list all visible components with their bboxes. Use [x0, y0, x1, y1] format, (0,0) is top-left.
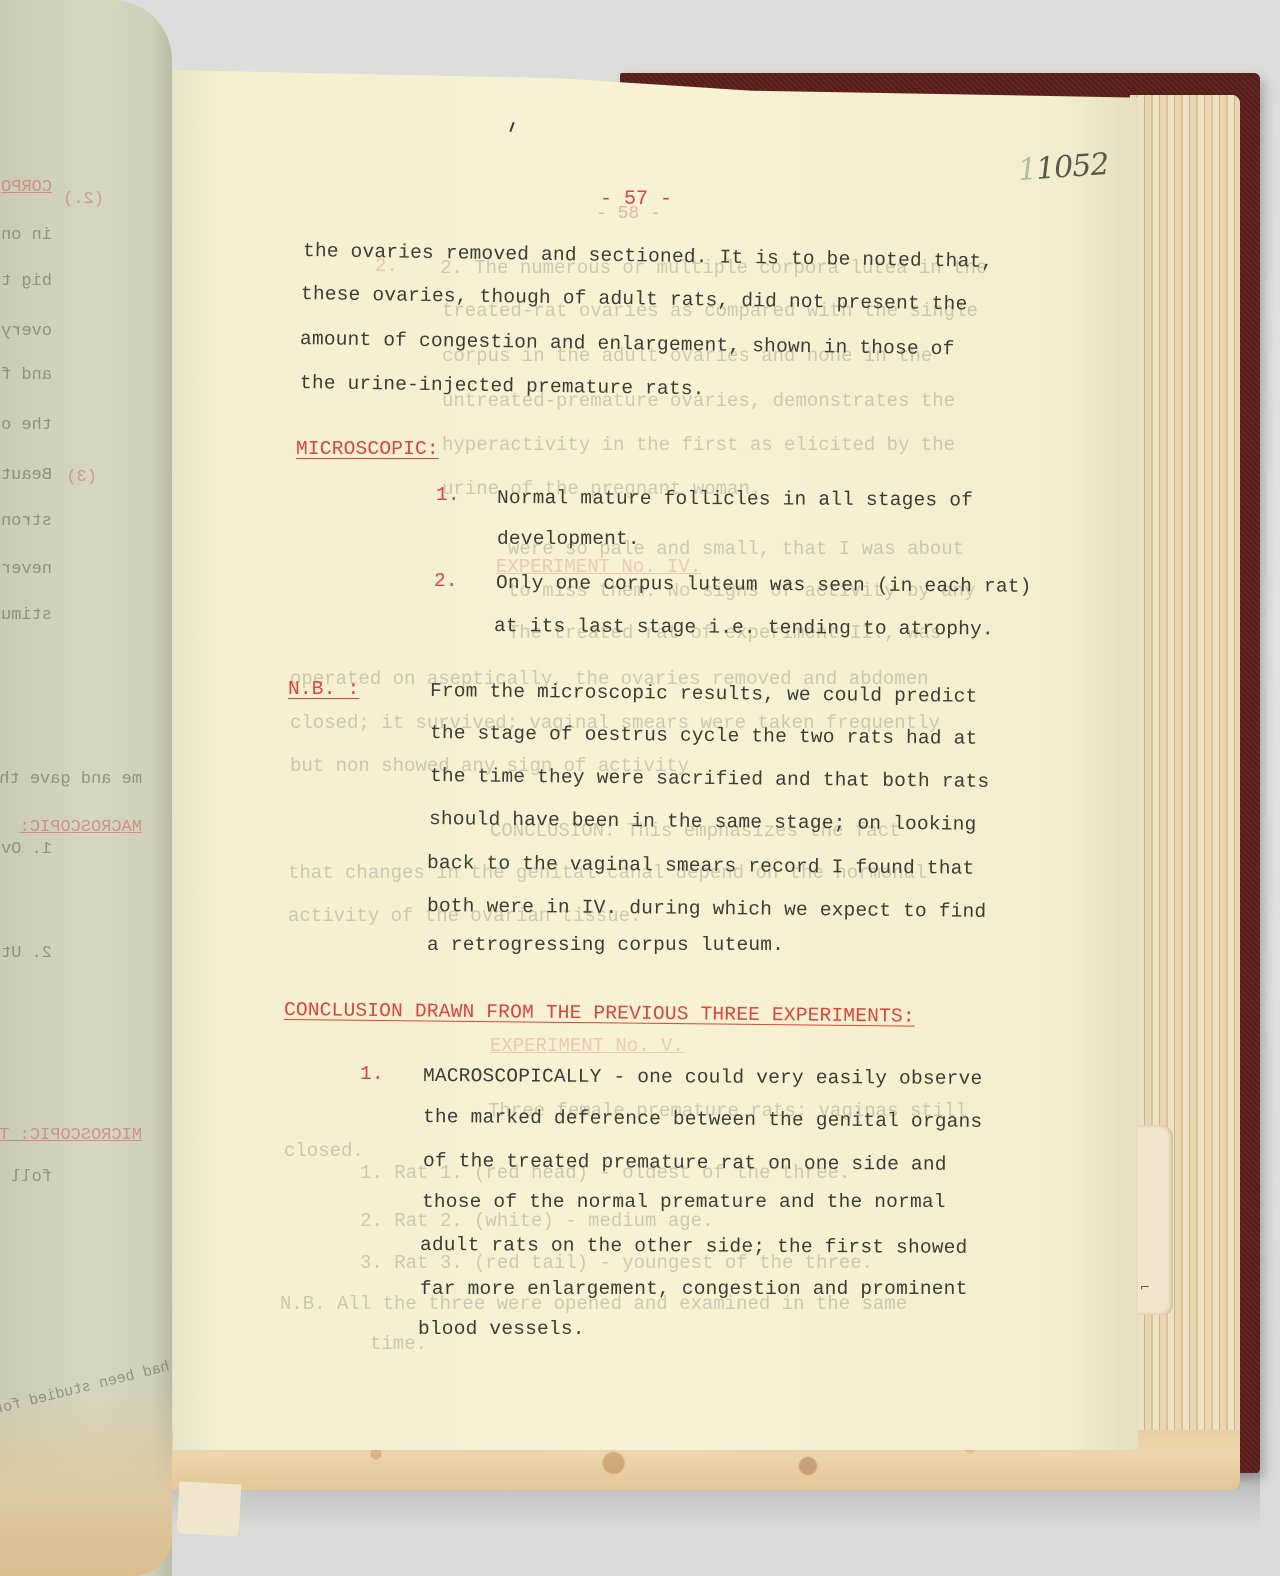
ghost-line: EXPERIMENT No. V. — [490, 1035, 684, 1057]
ghost-line: closed. — [284, 1140, 364, 1162]
left-fragment: foll — [11, 1168, 52, 1187]
page-number: - 57 - — [600, 188, 672, 211]
handwritten-folio-number: 11052 — [1017, 147, 1110, 188]
left-fragment: 2. Ut — [1, 944, 52, 963]
left-fragment: and f — [1, 366, 52, 385]
page-stack-edges: ▮▮▮ ⌐ — [1130, 95, 1240, 1465]
ghost-line: 2. Rat 2. (white) - medium age. — [360, 1210, 713, 1232]
list-item-line: Only one corpus luteum was seen (in each… — [496, 572, 1032, 598]
tab-pencil-mark: ⌐ — [1140, 1280, 1150, 1294]
list-number: 1. — [436, 484, 460, 506]
left-fragment: the o — [1, 416, 52, 435]
left-fragment: Beaut — [1, 466, 52, 485]
left-fragment: (2.) — [63, 190, 104, 209]
left-fragment: big t — [1, 272, 52, 291]
bookmark-tab — [177, 1481, 242, 1536]
nb-line: a retrogressing corpus luteum. — [427, 934, 784, 956]
left-fragment: MICROSCOPIC: Th — [0, 1126, 142, 1145]
left-fragment: 1. Ov — [1, 840, 52, 859]
ghost-line: hyperactivity in the first as elicited b… — [442, 434, 955, 456]
conclusion-line: those of the normal premature and the no… — [422, 1191, 946, 1213]
left-page-mirrored-text: CORPO (2.) in on big t overy and f the o… — [0, 0, 172, 1400]
left-fragment: (3) — [66, 468, 97, 487]
microscopic-heading: MICROSCOPIC: — [296, 438, 439, 460]
left-fragment: had been studied for — [0, 1358, 171, 1418]
conclusion-line: MACROSCOPICALLY - one could very easily … — [423, 1065, 982, 1090]
left-fragment: MACROSCOPIC: — [20, 818, 142, 837]
left-fragment: CORPO — [1, 178, 52, 197]
left-fragment: never — [1, 560, 52, 579]
left-fragment: in on — [1, 226, 52, 245]
left-page: CORPO (2.) in on big t overy and f the o… — [0, 0, 172, 1576]
nb-label: N.B. : — [288, 678, 359, 700]
list-number: 2. — [434, 570, 458, 592]
list-item-line: Normal mature follicles in all stages of — [497, 487, 973, 511]
conclusion-line: far more enlargement, congestion and pro… — [420, 1278, 968, 1300]
conclusion-line: adult rats on the other side; the first … — [420, 1234, 968, 1259]
conclusion-line: of the treated premature rat on one side… — [423, 1150, 947, 1176]
left-fragment: stron — [1, 512, 52, 531]
folio-number: 1052 — [1035, 147, 1110, 187]
left-fragment: stimu — [1, 606, 52, 625]
list-number: 1. — [360, 1063, 384, 1085]
list-item-line: at its last stage i.e. tending to atroph… — [494, 615, 994, 640]
conclusion-line: blood vessels. — [418, 1318, 585, 1340]
left-fragment: me and gave the — [0, 770, 142, 789]
left-fragment: overy — [1, 322, 52, 341]
list-item-line: development. — [497, 528, 640, 550]
